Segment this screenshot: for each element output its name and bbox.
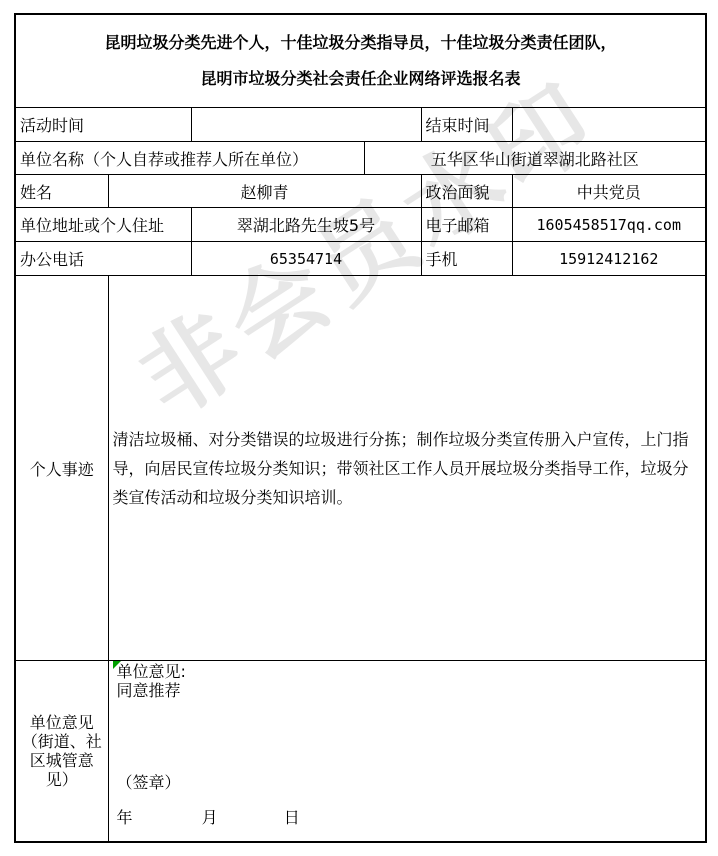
- political-status-label: 政治面貌: [421, 175, 512, 208]
- unit-opinion-label: 单位意见 （街道、社 区城管意 见）: [15, 661, 108, 843]
- row-office-phone: 办公电话 65354714 手机 15912412162: [15, 242, 706, 276]
- office-phone-label: 办公电话: [15, 242, 191, 276]
- row-activity-time: 活动时间 结束时间: [15, 108, 706, 142]
- political-status-value[interactable]: 中共党员: [512, 175, 706, 208]
- unit-name-label: 单位名称（个人自荐或推荐人所在单位）: [15, 142, 364, 175]
- unit-opinion-label-line4: 见）: [20, 770, 104, 789]
- address-label: 单位地址或个人住址: [15, 208, 191, 242]
- row-address: 单位地址或个人住址 翠湖北路先生坡5号 电子邮箱 1605458517qq.co…: [15, 208, 706, 242]
- unit-opinion-date-line[interactable]: 年 月 日: [117, 809, 300, 827]
- form-title-line2: 昆明市垃圾分类社会责任企业网络评选报名表: [20, 61, 701, 97]
- unit-opinion-decision[interactable]: 同意推荐: [117, 682, 181, 700]
- email-label: 电子邮箱: [421, 208, 512, 242]
- unit-opinion-content: 单位意见: 同意推荐 （签章） 年 月 日: [113, 661, 702, 841]
- row-name: 姓名 赵柳青 政治面貌 中共党员: [15, 175, 706, 208]
- unit-opinion-header: 单位意见:: [117, 663, 186, 681]
- deeds-label: 个人事迹: [15, 276, 108, 661]
- row-unit-opinion: 单位意见 （街道、社 区城管意 见） 单位意见: 同意推荐 （签章） 年 月 日: [15, 661, 706, 843]
- date-day-label: 日: [284, 809, 300, 827]
- date-month-label: 月: [202, 809, 279, 827]
- unit-opinion-label-line1: 单位意见: [20, 713, 104, 732]
- mobile-phone-value[interactable]: 15912412162: [512, 242, 706, 276]
- row-deeds: 个人事迹 清洁垃圾桶、对分类错误的垃圾进行分拣；制作垃圾分类宣传册入户宣传，上门…: [15, 276, 706, 661]
- office-phone-value[interactable]: 65354714: [191, 242, 421, 276]
- unit-opinion-seal-placeholder: （签章）: [117, 774, 181, 792]
- form-title-line1: 昆明垃圾分类先进个人，十佳垃圾分类指导员，十佳垃圾分类责任团队，: [20, 25, 701, 61]
- name-value[interactable]: 赵柳青: [108, 175, 421, 208]
- end-time-label: 结束时间: [421, 108, 512, 142]
- name-label: 姓名: [15, 175, 108, 208]
- row-unit-name: 单位名称（个人自荐或推荐人所在单位） 五华区华山街道翠湖北路社区: [15, 142, 706, 175]
- form-title: 昆明垃圾分类先进个人，十佳垃圾分类指导员，十佳垃圾分类责任团队， 昆明市垃圾分类…: [15, 14, 706, 108]
- deeds-content[interactable]: 清洁垃圾桶、对分类错误的垃圾进行分拣；制作垃圾分类宣传册入户宣传，上门指导，向居…: [108, 276, 706, 661]
- title-row: 昆明垃圾分类先进个人，十佳垃圾分类指导员，十佳垃圾分类责任团队， 昆明市垃圾分类…: [15, 14, 706, 108]
- address-value[interactable]: 翠湖北路先生坡5号: [191, 208, 421, 242]
- activity-time-value[interactable]: [191, 108, 421, 142]
- mobile-phone-label: 手机: [421, 242, 512, 276]
- unit-opinion-label-line2: （街道、社: [20, 732, 104, 751]
- form-page: 非会员水印 昆明垃圾分类先进个人，十佳垃圾分类指导员，十佳垃圾分类责任团队， 昆…: [0, 0, 718, 856]
- activity-time-label: 活动时间: [15, 108, 191, 142]
- email-value[interactable]: 1605458517qq.com: [512, 208, 706, 242]
- unit-opinion-content-cell[interactable]: 单位意见: 同意推荐 （签章） 年 月 日: [108, 661, 706, 843]
- date-year-label: 年: [117, 809, 197, 827]
- unit-opinion-label-line3: 区城管意: [20, 751, 104, 770]
- end-time-value[interactable]: [512, 108, 706, 142]
- registration-form-table: 昆明垃圾分类先进个人，十佳垃圾分类指导员，十佳垃圾分类责任团队， 昆明市垃圾分类…: [14, 13, 707, 843]
- unit-name-value[interactable]: 五华区华山街道翠湖北路社区: [364, 142, 706, 175]
